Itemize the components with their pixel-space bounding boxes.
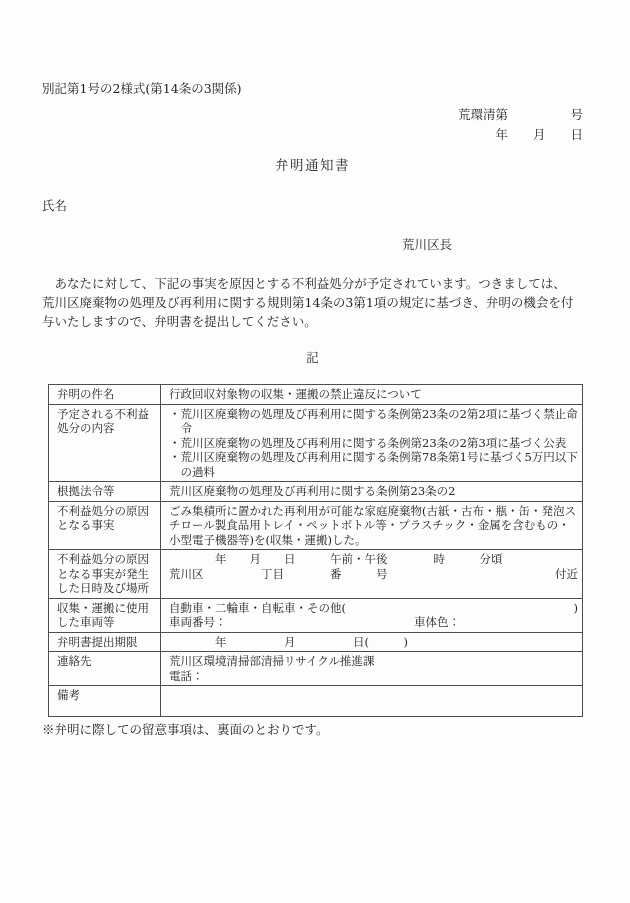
row-value-planned-disposition: ・荒川区廃棄物の処理及び再利用に関する条例第23条の2第2項に基づく禁止命令 ・… bbox=[161, 404, 583, 482]
notice-table: 弁明の件名 行政回収対象物の収集・運搬の禁止違反について 予定される不利益処分の… bbox=[48, 384, 583, 717]
row-value-deadline: 年 月 日( ) bbox=[161, 632, 583, 652]
occurrence-place-suffix: 付近 bbox=[555, 567, 578, 582]
row-value-facts: ごみ集積所に置かれた再利用が可能な家庭廃棄物(古紙・古布・瓶・缶・発泡スチロール… bbox=[161, 501, 583, 550]
row-label-deadline: 弁明書提出期限 bbox=[49, 632, 161, 652]
intro-line: あなたに対して、下記の事実を原因とする不利益処分が予定されています。つきましては… bbox=[42, 274, 583, 293]
name-field-label: 氏名 bbox=[42, 199, 583, 213]
occurrence-place-blanks: 荒川区 丁目 番 号 bbox=[169, 567, 388, 582]
vehicle-type-line: 自動車・二輪車・自転車・その他( ) bbox=[169, 601, 578, 616]
intro-line: 与いたしますので、弁明書を提出してください。 bbox=[42, 312, 583, 331]
footnote: ※弁明に際しての留意事項は、裏面のとおりです。 bbox=[42, 723, 583, 737]
row-label-contact: 連絡先 bbox=[49, 652, 161, 686]
intro-line: 荒川区廃棄物の処理及び再利用に関する規則第14条の3第1項の規定に基づき、弁明の… bbox=[42, 293, 583, 312]
row-label-planned-disposition: 予定される不利益処分の内容 bbox=[49, 404, 161, 482]
row-value-subject: 行政回収対象物の収集・運搬の禁止違反について bbox=[161, 385, 583, 405]
contact-phone-label: 電話： bbox=[169, 669, 578, 684]
table-row-remarks: 備考 bbox=[49, 686, 583, 717]
table-row-vehicle: 収集・運搬に使用した車両等 自動車・二輪車・自転車・その他( ) 車両番号： 車… bbox=[49, 598, 583, 632]
document-number-line: 荒環清第 号 bbox=[42, 105, 583, 125]
vehicle-type-paren-close: ) bbox=[574, 601, 579, 616]
document-page: 別記第1号の2様式(第14条の3関係) 荒環清第 号 年 月 日 弁明通知書 氏… bbox=[0, 0, 630, 903]
table-row-contact: 連絡先 荒川区環境清掃部清掃リサイクル推進課 電話： bbox=[49, 652, 583, 686]
planned-item: ・荒川区廃棄物の処理及び再利用に関する条例第23条の2第3項に基づく公表 bbox=[169, 436, 578, 451]
contact-department: 荒川区環境清掃部清掃リサイクル推進課 bbox=[169, 654, 578, 669]
row-value-contact: 荒川区環境清掃部清掃リサイクル推進課 電話： bbox=[161, 652, 583, 686]
page-title: 弁明通知書 bbox=[42, 159, 583, 174]
list-heading: 記 bbox=[42, 351, 583, 365]
table-row-occurrence: 不利益処分の原因となる事実が発生した日時及び場所 年 月 日 午前・午後 時 分… bbox=[49, 550, 583, 599]
row-value-occurrence: 年 月 日 午前・午後 時 分頃 荒川区 丁目 番 号 付近 bbox=[161, 550, 583, 599]
row-label-remarks: 備考 bbox=[49, 686, 161, 717]
occurrence-place-line: 荒川区 丁目 番 号 付近 bbox=[169, 567, 578, 582]
planned-item: ・荒川区廃棄物の処理及び再利用に関する条例第23条の2第2項に基づく禁止命令 bbox=[169, 407, 578, 436]
row-label-facts: 不利益処分の原因となる事実 bbox=[49, 501, 161, 550]
vehicle-number-label: 車両番号： bbox=[169, 615, 227, 629]
planned-item: ・荒川区廃棄物の処理及び再利用に関する条例第78条第1号に基づく5万円以下の過料 bbox=[169, 450, 578, 479]
row-label-subject: 弁明の件名 bbox=[49, 385, 161, 405]
vehicle-color-label: 車体色： bbox=[414, 615, 460, 630]
document-content: 別記第1号の2様式(第14条の3関係) 荒環清第 号 年 月 日 弁明通知書 氏… bbox=[0, 0, 630, 737]
form-code: 別記第1号の2様式(第14条の3関係) bbox=[42, 82, 583, 96]
table-row-deadline: 弁明書提出期限 年 月 日( ) bbox=[49, 632, 583, 652]
occurrence-datetime-blanks: 年 月 日 午前・午後 時 分頃 bbox=[169, 552, 578, 567]
table-row-planned-disposition: 予定される不利益処分の内容 ・荒川区廃棄物の処理及び再利用に関する条例第23条の… bbox=[49, 404, 583, 482]
row-label-legal-basis: 根拠法令等 bbox=[49, 482, 161, 502]
row-value-vehicle: 自動車・二輪車・自転車・その他( ) 車両番号： 車体色： bbox=[161, 598, 583, 632]
table-row-legal-basis: 根拠法令等 荒川区廃棄物の処理及び再利用に関する条例第23条の2 bbox=[49, 482, 583, 502]
vehicle-type-options: 自動車・二輪車・自転車・その他( bbox=[169, 601, 346, 616]
row-label-vehicle: 収集・運搬に使用した車両等 bbox=[49, 598, 161, 632]
row-value-remarks bbox=[161, 686, 583, 717]
vehicle-detail-line: 車両番号： 車体色： bbox=[169, 615, 578, 630]
issue-date-line: 年 月 日 bbox=[42, 125, 583, 145]
table-row-subject: 弁明の件名 行政回収対象物の収集・運搬の禁止違反について bbox=[49, 385, 583, 405]
issuer-name: 荒川区長 bbox=[402, 238, 583, 252]
row-value-legal-basis: 荒川区廃棄物の処理及び再利用に関する条例第23条の2 bbox=[161, 482, 583, 502]
table-row-facts: 不利益処分の原因となる事実 ごみ集積所に置かれた再利用が可能な家庭廃棄物(古紙・… bbox=[49, 501, 583, 550]
intro-paragraph: あなたに対して、下記の事実を原因とする不利益処分が予定されています。つきましては… bbox=[42, 274, 583, 331]
row-label-occurrence: 不利益処分の原因となる事実が発生した日時及び場所 bbox=[49, 550, 161, 599]
